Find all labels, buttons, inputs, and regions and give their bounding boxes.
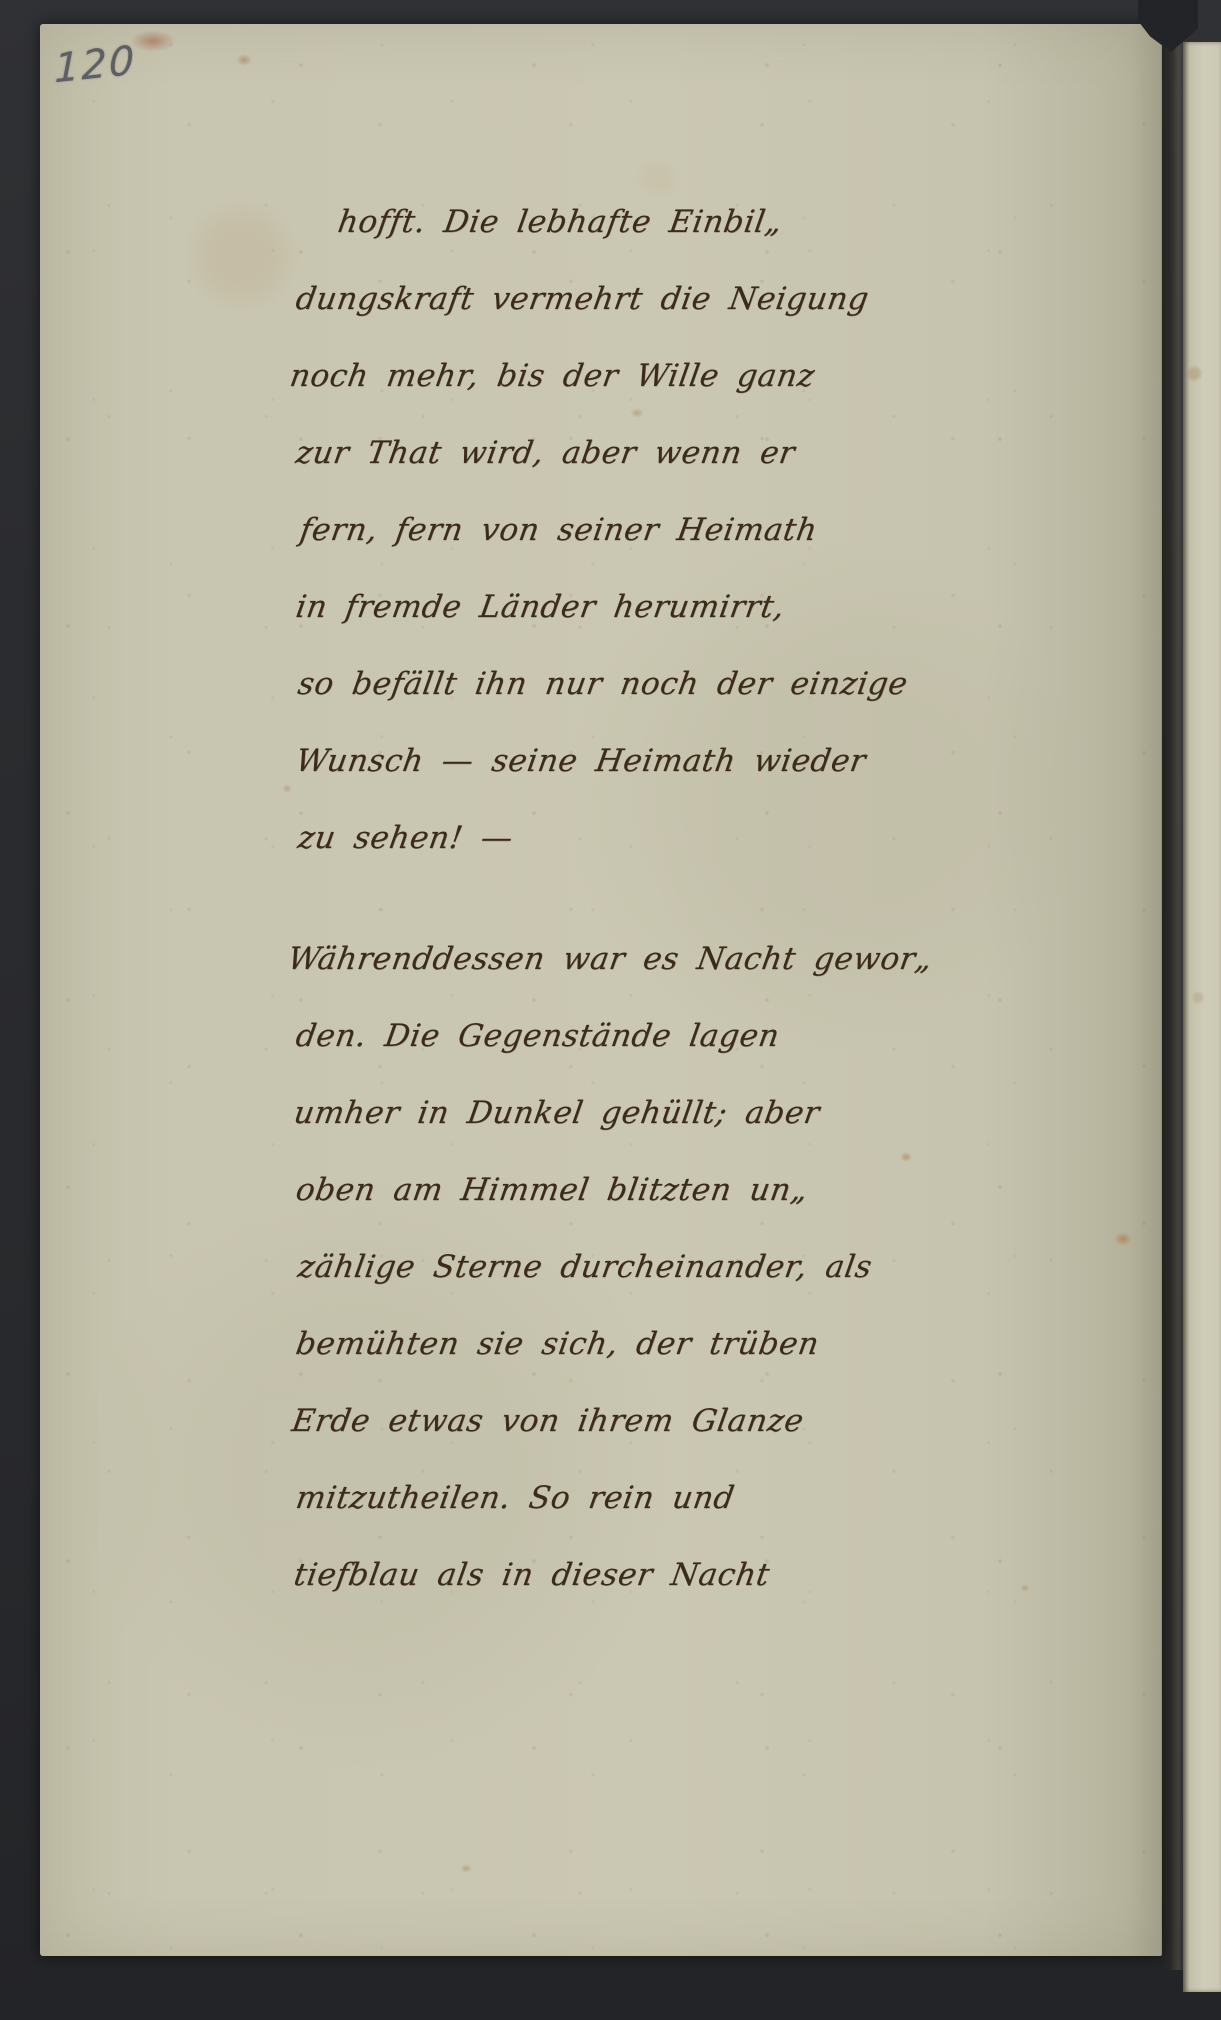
handwritten-line: zu sehen! — <box>292 800 1174 877</box>
handwritten-line: Erde etwas von ihrem Glanze <box>286 1383 1174 1460</box>
foxing-spot <box>460 1864 472 1873</box>
handwritten-line: umher in Dunkel gehüllt; aber <box>288 1075 1174 1152</box>
handwritten-line: hofft. Die lebhafte Einbil„ <box>332 184 1174 261</box>
handwritten-line: bemühten sie sich, der trüben <box>290 1306 1174 1383</box>
manuscript-page: 120 hofft. Die lebhafte Einbil„ dungskra… <box>40 24 1162 1956</box>
handwritten-line: zur That wird, aber wenn er <box>290 415 1174 492</box>
handwritten-line: Wunsch — seine Heimath wieder <box>290 723 1174 800</box>
handwritten-line: in fremde Länder herumirrt, <box>290 569 1174 646</box>
handwritten-line: fern, fern von seiner Heimath <box>294 492 1174 569</box>
handwritten-line: dungskraft vermehrt die Neigung <box>290 261 1174 338</box>
handwritten-line: so befällt ihn nur noch der einzige <box>292 646 1174 723</box>
handwritten-line: zählige Sterne durcheinander, als <box>292 1229 1174 1306</box>
handwritten-line: oben am Himmel blitzten un„ <box>290 1152 1174 1229</box>
scan-background: { "manuscript": { "folio_number": "120",… <box>0 0 1221 2020</box>
handwritten-line: noch mehr, bis der Wille ganz <box>284 338 1174 415</box>
next-page-edge <box>1183 42 1221 1992</box>
handwritten-line: tiefblau als in dieser Nacht <box>288 1537 1174 1614</box>
handwritten-text-block: hofft. Die lebhafte Einbil„ dungskraft v… <box>40 24 1162 1614</box>
handwritten-line: mitzutheilen. So rein und <box>290 1460 1174 1537</box>
handwritten-line: den. Die Gegenstände lagen <box>290 998 1174 1075</box>
handwritten-line: Währenddessen war es Nacht gewor„ <box>282 921 1174 998</box>
